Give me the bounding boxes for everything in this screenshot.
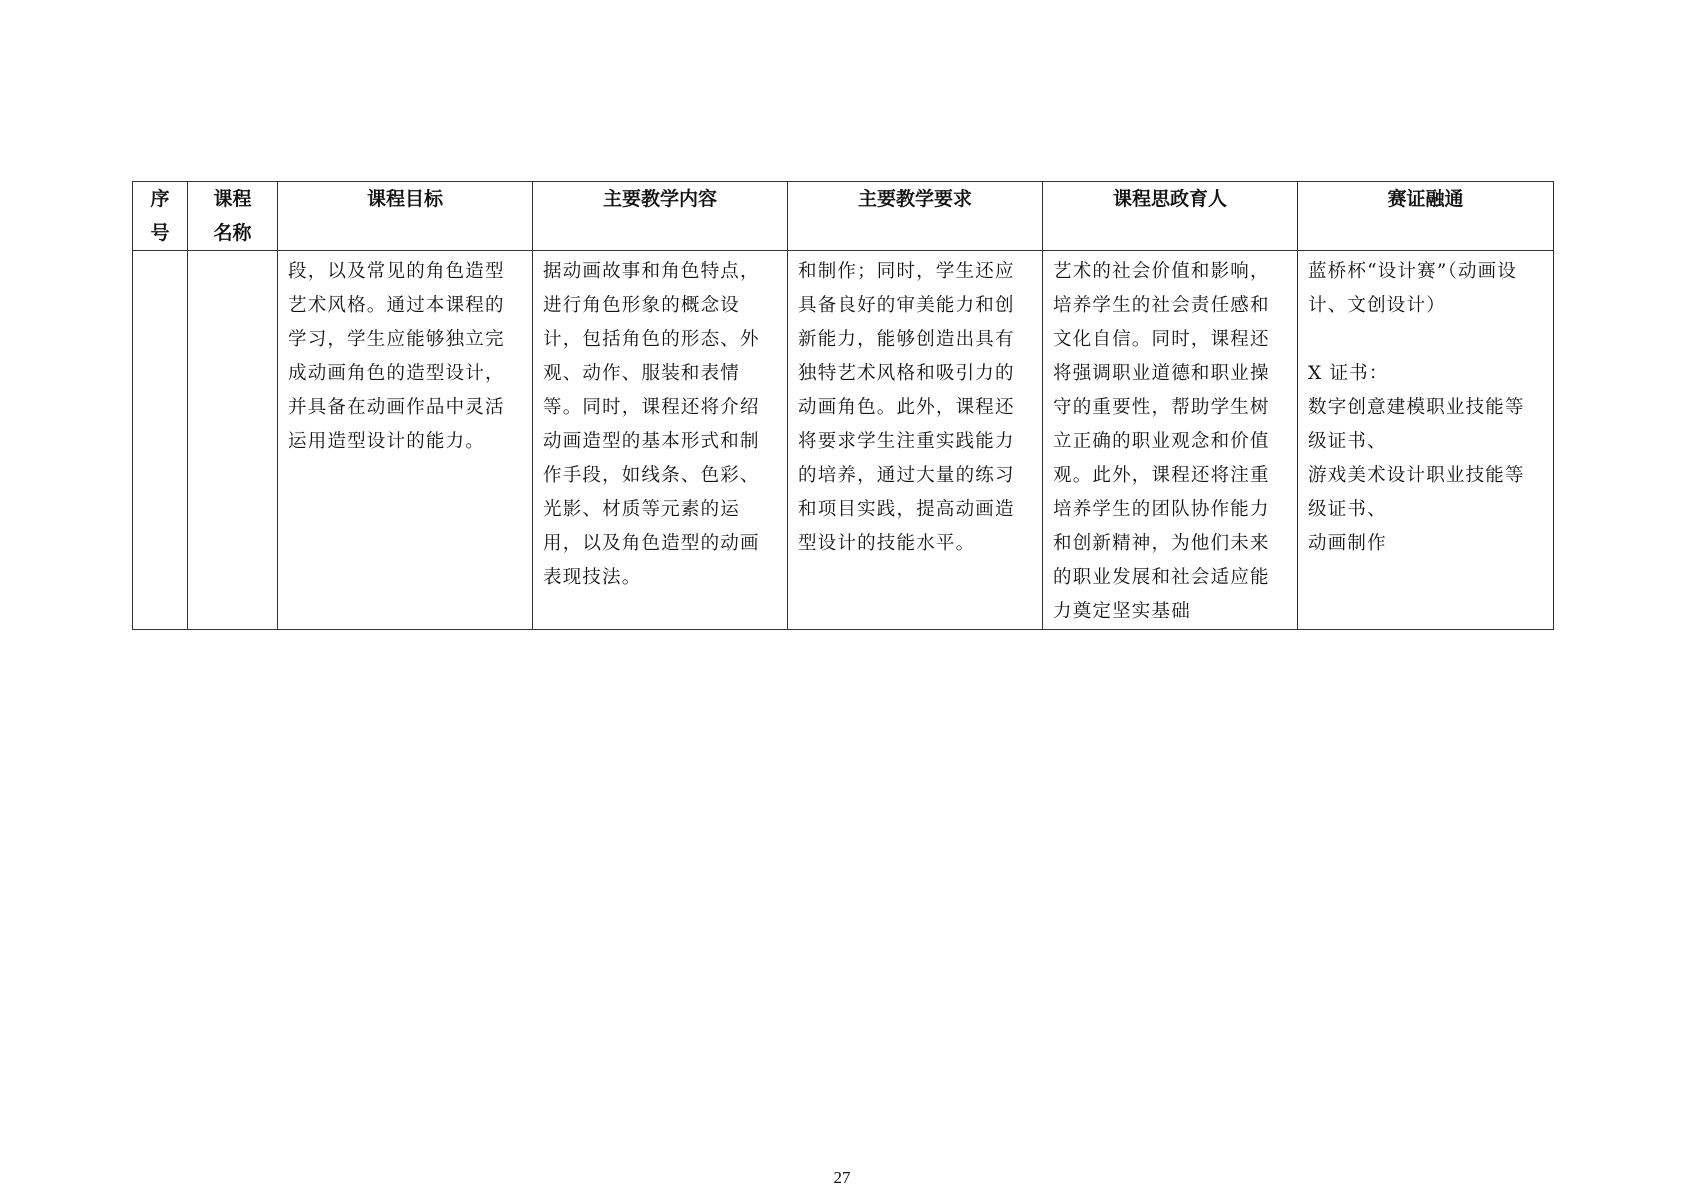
header-objectives: 课程目标 xyxy=(278,182,533,251)
header-course-name: 课程 名称 xyxy=(188,182,278,251)
cell-competition-cert-text: 蓝桥杯“设计赛”（动画设计、文创设计） X 证书： 数字创意建模职业技能等级证书… xyxy=(1298,251,1553,561)
header-index-line2: 号 xyxy=(133,216,187,250)
cell-course-name xyxy=(188,251,278,630)
cell-objectives-text: 段，以及常见的角色造型艺术风格。通过本课程的学习，学生应能够独立完成动画角色的造… xyxy=(278,251,532,459)
cell-index xyxy=(133,251,188,630)
cell-requirements: 和制作；同时，学生还应具备良好的审美能力和创新能力，能够创造出具有独特艺术风格和… xyxy=(788,251,1043,630)
table-row: 段，以及常见的角色造型艺术风格。通过本课程的学习，学生应能够独立完成动画角色的造… xyxy=(133,251,1554,630)
cell-content: 据动画故事和角色特点，进行角色形象的概念设计，包括角色的形态、外观、动作、服装和… xyxy=(533,251,788,630)
cell-objectives: 段，以及常见的角色造型艺术风格。通过本课程的学习，学生应能够独立完成动画角色的造… xyxy=(278,251,533,630)
header-content: 主要教学内容 xyxy=(533,182,788,251)
header-course-name-line2: 名称 xyxy=(188,216,277,250)
header-ideology: 课程思政育人 xyxy=(1043,182,1298,251)
header-course-name-line1: 课程 xyxy=(188,182,277,216)
course-table: 序 号 课程 名称 课程目标 主要教学内容 主要教学要求 课程思政育人 赛证融通… xyxy=(132,181,1554,630)
header-index-line1: 序 xyxy=(133,182,187,216)
cell-index-text xyxy=(133,251,187,255)
cell-content-text: 据动画故事和角色特点，进行角色形象的概念设计，包括角色的形态、外观、动作、服装和… xyxy=(533,251,787,595)
header-index: 序 号 xyxy=(133,182,188,251)
table-header-row: 序 号 课程 名称 课程目标 主要教学内容 主要教学要求 课程思政育人 赛证融通 xyxy=(133,182,1554,251)
cell-requirements-text: 和制作；同时，学生还应具备良好的审美能力和创新能力，能够创造出具有独特艺术风格和… xyxy=(788,251,1042,561)
page-number: 27 xyxy=(0,1168,1684,1188)
header-requirements: 主要教学要求 xyxy=(788,182,1043,251)
cell-competition-cert: 蓝桥杯“设计赛”（动画设计、文创设计） X 证书： 数字创意建模职业技能等级证书… xyxy=(1298,251,1554,630)
header-competition-cert: 赛证融通 xyxy=(1298,182,1554,251)
cell-ideology: 艺术的社会价值和影响，培养学生的社会责任感和文化自信。同时，课程还将强调职业道德… xyxy=(1043,251,1298,630)
cell-ideology-text: 艺术的社会价值和影响，培养学生的社会责任感和文化自信。同时，课程还将强调职业道德… xyxy=(1043,251,1297,629)
cell-course-name-text xyxy=(188,251,277,255)
